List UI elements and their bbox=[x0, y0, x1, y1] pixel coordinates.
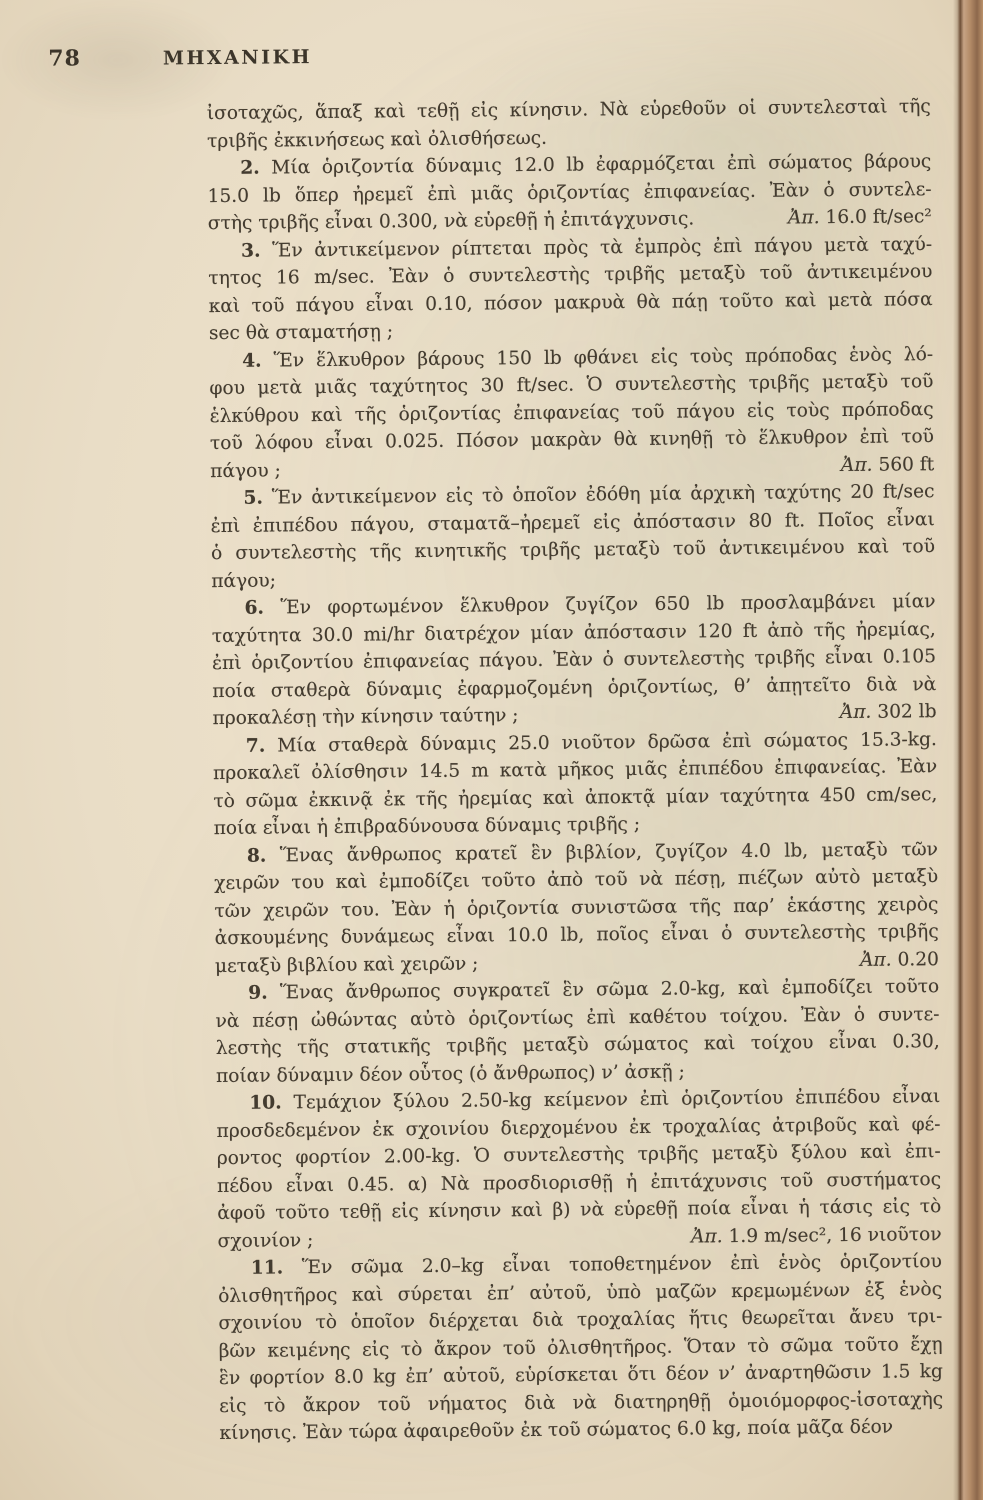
answer-text: Ἀπ. 302 lb bbox=[840, 698, 937, 726]
question-end-text: μεταξὺ βιβλίου καὶ χειρῶν ; bbox=[215, 950, 479, 980]
page-content: 78 ΜΗΧΑΝΙΚΗ ἰσοταχῶς, ἅπαξ καὶ τεθῇ εἰς … bbox=[0, 0, 983, 1500]
book-page: 78 ΜΗΧΑΝΙΚΗ ἰσοταχῶς, ἅπαξ καὶ τεθῇ εἰς … bbox=[0, 0, 983, 1500]
answer-label: Ἀπ. bbox=[840, 702, 872, 723]
answer-label: Ἀπ. bbox=[841, 454, 873, 475]
problem-number: 11. bbox=[251, 1257, 284, 1278]
question-end-text: προκαλέσῃ τὴν κίνησιν ταύτην ; bbox=[212, 702, 518, 732]
answer-text: Ἀπ. 560 ft bbox=[841, 451, 934, 479]
problems-text: ἰσοταχῶς, ἅπαξ καὶ τεθῇ εἰς κίνησιν. Νὰ … bbox=[207, 93, 944, 1447]
answer-value: 1.9 m/sec², 16 νιοῦτον bbox=[723, 1224, 942, 1247]
problem-number: 4. bbox=[242, 350, 262, 371]
problem-number: 5. bbox=[243, 488, 263, 509]
answer-text: Ἀπ. 0.20 bbox=[860, 946, 939, 974]
answer-label: Ἀπ. bbox=[691, 1226, 723, 1247]
answer-label: Ἀπ. bbox=[788, 207, 820, 228]
page-title: ΜΗΧΑΝΙΚΗ bbox=[163, 46, 312, 69]
problem-number: 2. bbox=[240, 158, 260, 179]
problem-number: 6. bbox=[244, 598, 264, 619]
answer-value: 560 ft bbox=[872, 454, 934, 476]
answer-label: Ἀπ. bbox=[860, 949, 892, 970]
answer-value: 302 lb bbox=[871, 701, 936, 723]
answer-text: Ἀπ. 16.0 ft/sec² bbox=[788, 203, 932, 232]
answer-text: Ἀπ. 1.9 m/sec², 16 νιοῦτον bbox=[691, 1221, 942, 1251]
page-number: 78 bbox=[48, 45, 81, 71]
problem-number: 8. bbox=[247, 845, 267, 866]
question-end-text: σχοινίον ; bbox=[217, 1227, 313, 1255]
answer-value: 0.20 bbox=[892, 949, 940, 970]
answer-value: 16.0 ft/sec² bbox=[819, 206, 931, 228]
problem-number: 3. bbox=[241, 240, 261, 261]
problem-number: 7. bbox=[246, 735, 266, 756]
question-end-text: στὴς τριβῆς εἶναι 0.300, νὰ εὑρεθῇ ἡ ἐπι… bbox=[208, 205, 695, 237]
question-end-text: πάγου ; bbox=[210, 457, 281, 485]
problem-number: 9. bbox=[248, 983, 268, 1004]
problem-number: 10. bbox=[249, 1092, 282, 1113]
text-line: κίνησις. Ἐὰν τώρα ἀφαιρεθοῦν ἐκ τοῦ σώμα… bbox=[219, 1413, 943, 1447]
page-header: 78 ΜΗΧΑΝΙΚΗ bbox=[48, 39, 748, 72]
